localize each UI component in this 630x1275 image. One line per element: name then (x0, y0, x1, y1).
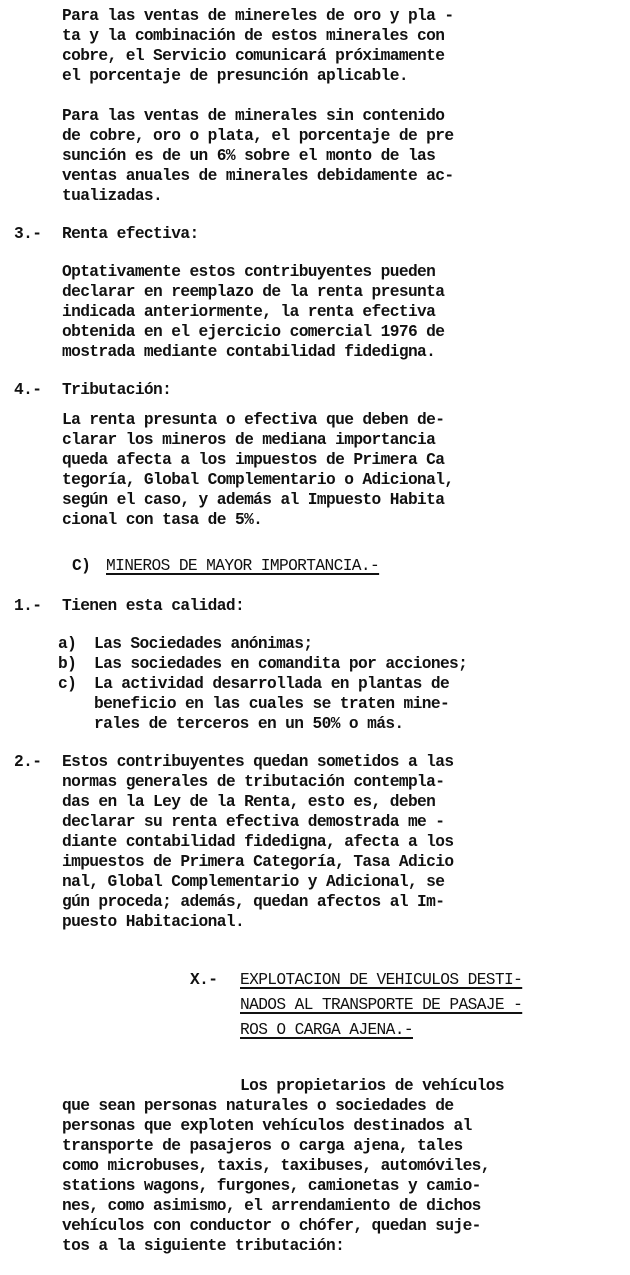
item-heading: Tributación: (62, 380, 171, 400)
section-label: C) (72, 556, 90, 576)
text-line: impuestos de Primera Categoría, Tasa Adi… (62, 852, 453, 872)
list-label: a) (58, 634, 76, 654)
list-item: La actividad desarrollada en plantas de (94, 674, 449, 694)
text-line: según el caso, y además al Impuesto Habi… (62, 490, 444, 510)
text-line: das en la Ley de la Renta, esto es, debe… (62, 792, 435, 812)
list-item: Las sociedades en comandita por acciones… (94, 654, 467, 674)
list-label: b) (58, 654, 76, 674)
text-line: como microbuses, taxis, taxibuses, autom… (62, 1156, 490, 1176)
list-item: rales de terceros en un 50% o más. (94, 714, 404, 734)
item-heading: Tienen esta calidad: (62, 596, 244, 616)
text-line: nes, como asimismo, el arrendamiento de … (62, 1196, 481, 1216)
text-line: declarar en reemplazo de la renta presun… (62, 282, 444, 302)
list-item: Las Sociedades anónimas; (94, 634, 313, 654)
text-line: transporte de pasajeros o carga ajena, t… (62, 1136, 463, 1156)
text-line: tualizadas. (62, 186, 162, 206)
text-line: stations wagons, furgones, camionetas y … (62, 1176, 481, 1196)
text-line: ta y la combinación de estos minerales c… (62, 26, 444, 46)
text-line: cional con tasa de 5%. (62, 510, 262, 530)
text-line: ventas anuales de minerales debidamente … (62, 166, 453, 186)
text-line: de cobre, oro o plata, el porcentaje de … (62, 126, 453, 146)
text-line: obtenida en el ejercicio comercial 1976 … (62, 322, 444, 342)
text-line: vehículos con conductor o chófer, quedan… (62, 1216, 481, 1236)
list-item: beneficio en las cuales se traten mine- (94, 694, 449, 714)
text-line: mostrada mediante contabilidad fidedigna… (62, 342, 435, 362)
text-line: nal, Global Complementario y Adicional, … (62, 872, 444, 892)
text-line: diante contabilidad fidedigna, afecta a … (62, 832, 453, 852)
text-line: Estos contribuyentes quedan sometidos a … (62, 752, 453, 772)
section-title: MINEROS DE MAYOR IMPORTANCIA.- (106, 556, 379, 576)
text-line: normas generales de tributación contempl… (62, 772, 444, 792)
text-line: el porcentaje de presunción aplicable. (62, 66, 408, 86)
text-line: gún proceda; además, quedan afectos al I… (62, 892, 444, 912)
text-line: Los propietarios de vehículos (240, 1076, 504, 1096)
section-title: EXPLOTACION DE VEHICULOS DESTI- (240, 970, 522, 990)
text-line: cobre, el Servicio comunicará próximamen… (62, 46, 444, 66)
text-line: que sean personas naturales o sociedades… (62, 1096, 453, 1116)
text-line: queda afecta a los impuestos de Primera … (62, 450, 444, 470)
section-title: NADOS AL TRANSPORTE DE PASAJE - (240, 995, 522, 1015)
text-line: indicada anteriormente, la renta efectiv… (62, 302, 435, 322)
text-line: tegoría, Global Complementario o Adicion… (62, 470, 453, 490)
text-line: Optativamente estos contribuyentes puede… (62, 262, 435, 282)
item-number: 1.- (14, 596, 41, 616)
text-line: clarar los mineros de mediana importanci… (62, 430, 435, 450)
section-label: X.- (190, 970, 217, 990)
text-line: puesto Habitacional. (62, 912, 244, 932)
text-line: sunción es de un 6% sobre el monto de la… (62, 146, 435, 166)
item-number: 2.- (14, 752, 41, 772)
text-line: personas que exploten vehículos destinad… (62, 1116, 472, 1136)
text-line: Para las ventas de minerales sin conteni… (62, 106, 444, 126)
section-title: ROS O CARGA AJENA.- (240, 1020, 413, 1040)
item-number: 4.- (14, 380, 41, 400)
item-number: 3.- (14, 224, 41, 244)
text-line: La renta presunta o efectiva que deben d… (62, 410, 444, 430)
list-label: c) (58, 674, 76, 694)
item-heading: Renta efectiva: (62, 224, 199, 244)
text-line: Para las ventas de minereles de oro y pl… (62, 6, 453, 26)
text-line: tos a la siguiente tributación: (62, 1236, 344, 1256)
text-line: declarar su renta efectiva demostrada me… (62, 812, 444, 832)
